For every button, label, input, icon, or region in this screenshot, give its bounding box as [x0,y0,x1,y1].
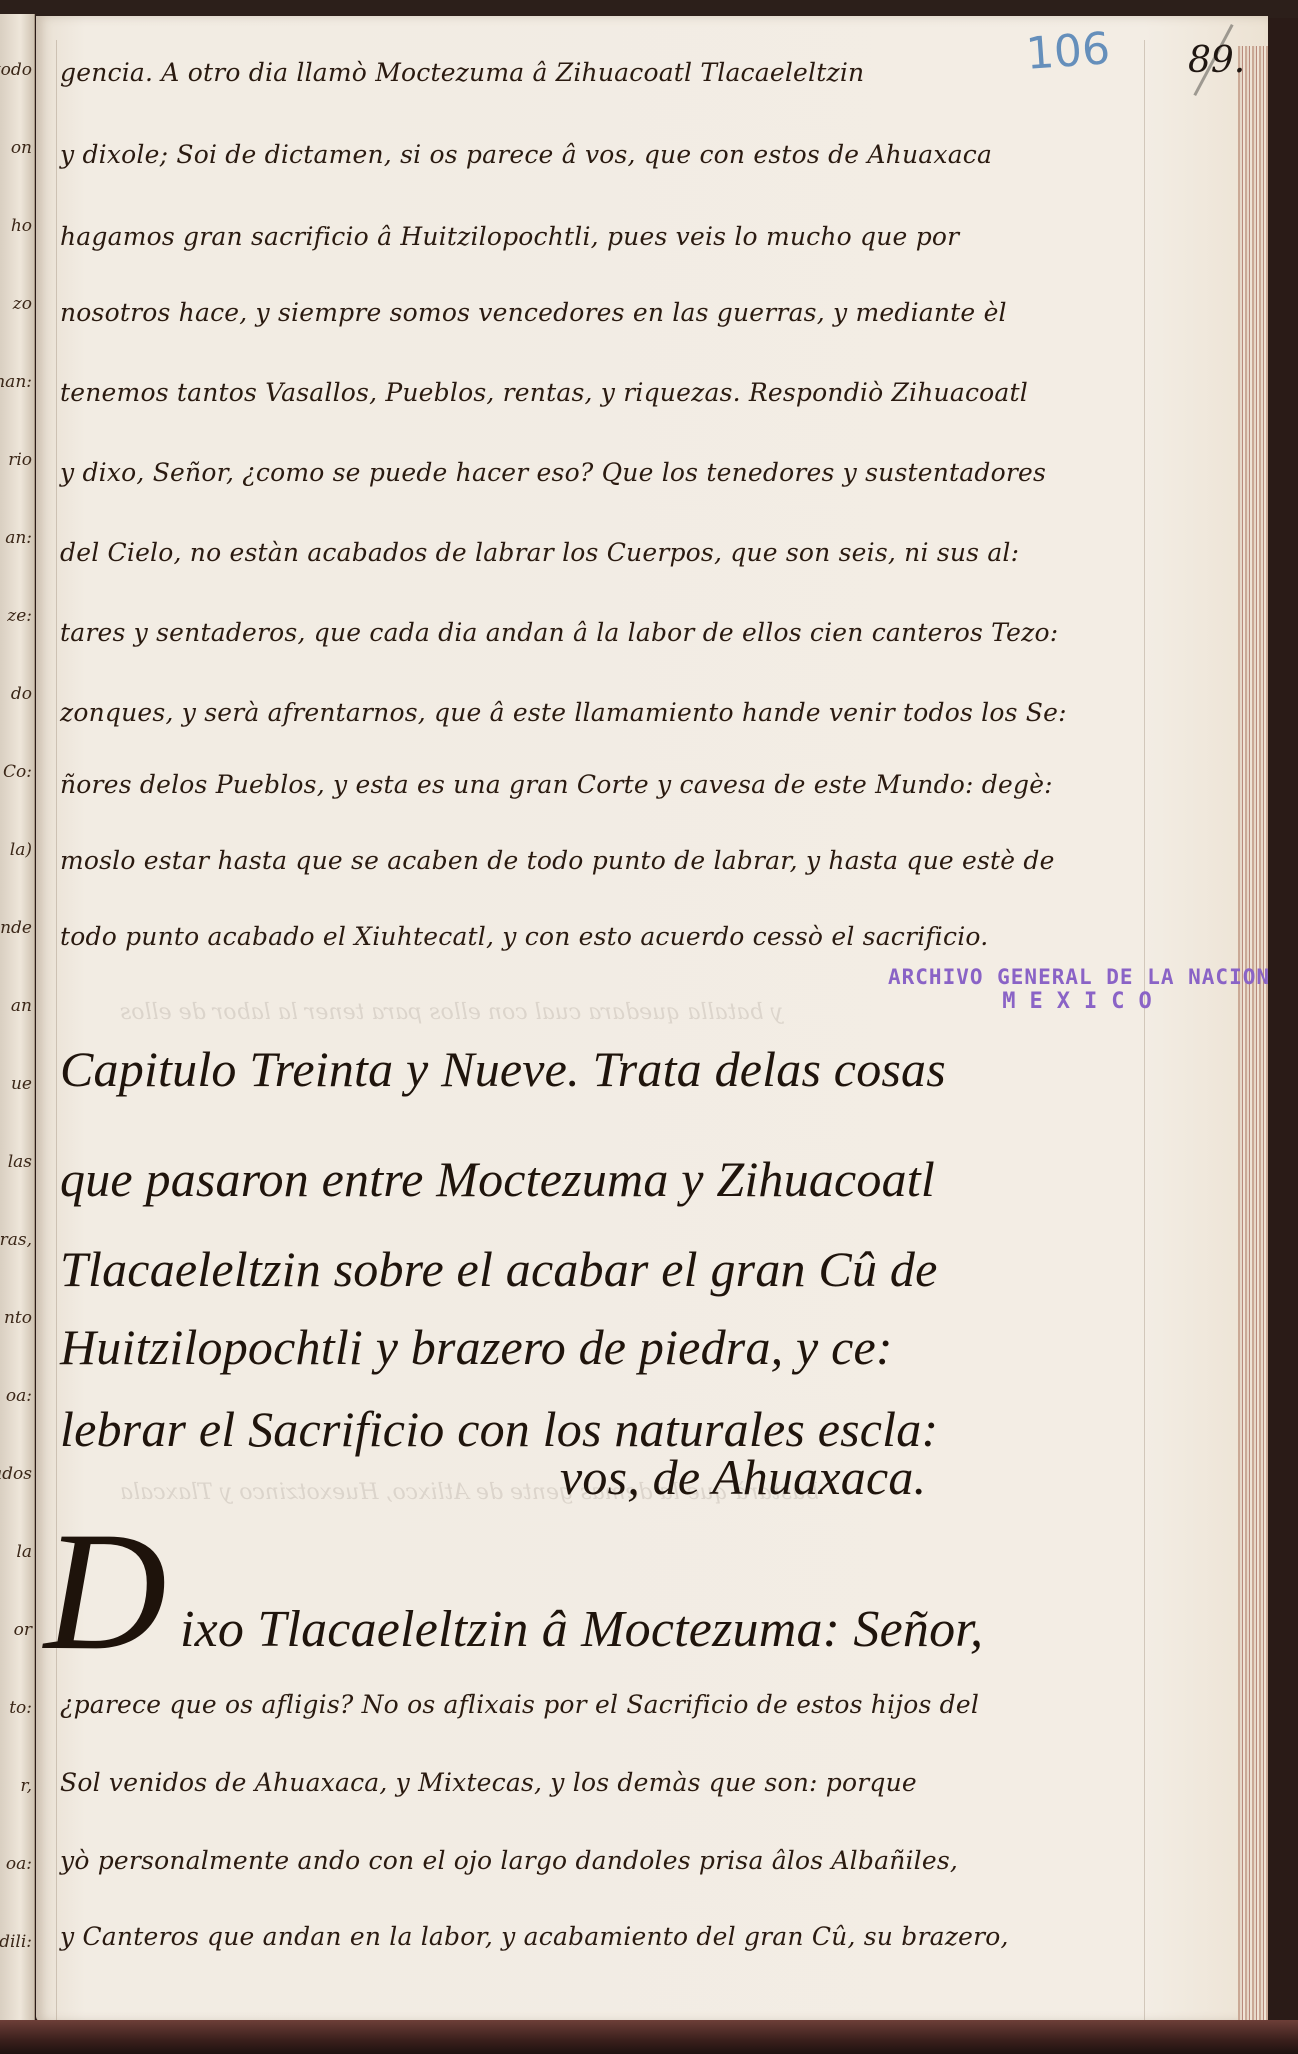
chapter-heading-line: vos, de Ahuaxaca. [560,1448,926,1506]
previous-page-fragment: oa: [6,1854,32,1874]
body-line: tares y sentaderos, que cada dia andan â… [60,618,1058,647]
body-line: ¿parece que os afligis? No os aflixais p… [60,1690,979,1719]
body-line: del Cielo, no estàn acabados de labrar l… [60,538,1019,567]
chapter-heading-line: que pasaron entre Moctezuma y Zihuacoatl [60,1150,935,1208]
bleed-through-text: y batalla quedara cual con ellos para te… [120,1000,783,1025]
body-line: y Canteros que andan en la labor, y acab… [60,1922,1009,1951]
ink-folio-number: 89. [1188,40,1245,81]
margin-rule-right [1144,40,1145,2020]
previous-page-fragment: las [8,1152,32,1172]
previous-page-fragment: ue [11,1074,32,1094]
previous-page-edge: todoonhozonan:rioan:ze:doCo:la)ndeanuela… [0,14,35,2024]
previous-page-fragment: to: [9,1698,32,1718]
previous-page-fragment: an: [5,528,32,548]
paragraph-first-line: ixo Tlacaeleltzin â Moctezuma: Señor, [180,1600,983,1659]
previous-page-fragment: nto [4,1308,32,1328]
previous-page-fragment: ados [0,1464,32,1484]
body-line: yò personalmente ando con el ojo largo d… [60,1846,958,1875]
previous-page-fragment: dili: [0,1932,32,1952]
chapter-heading-line: Capitulo Treinta y Nueve. Trata delas co… [60,1040,946,1098]
previous-page-fragment: oa: [6,1386,32,1406]
previous-page-fragment: ho [11,216,32,236]
previous-page-fragment: ras, [0,1230,32,1250]
chapter-heading-line: Huitzilopochtli y brazero de piedra, y c… [60,1318,893,1376]
archive-stamp: ARCHIVO GENERAL DE LA NACION MEXICO [888,965,1270,1014]
previous-page-fragment: la) [10,840,32,860]
previous-page-fragment: ze: [7,606,32,626]
previous-page-fragment: nan: [0,372,32,392]
open-book: todoonhozonan:rioan:ze:doCo:la)ndeanuela… [0,0,1298,2054]
body-line: Sol venidos de Ahuaxaca, y Mixtecas, y l… [60,1768,917,1797]
previous-page-fragment: or [14,1620,32,1640]
body-line: gencia. A otro dia llamò Moctezuma â Zih… [60,58,864,87]
previous-page-fragment: rio [8,450,32,470]
margin-rule-left [56,40,57,2020]
body-line: zonques, y serà afrentarnos, que â este … [60,698,1067,727]
stamp-line-2: MEXICO [898,989,1270,1014]
pencil-folio-number: 106 [1024,23,1111,80]
chapter-heading-line: Tlacaeleltzin sobre el acabar el gran Cû… [60,1240,937,1298]
body-line: tenemos tantos Vasallos, Pueblos, rentas… [60,378,1028,407]
previous-page-fragment: la [16,1542,32,1562]
body-line: todo punto acabado el Xiuhtecatl, y con … [60,922,988,951]
body-line: hagamos gran sacrificio â Huitzilopochtl… [60,222,959,251]
book-binding-bottom [0,2020,1298,2054]
body-line: ñores delos Pueblos, y esta es una gran … [60,770,1053,799]
previous-page-fragment: r, [20,1776,32,1796]
previous-page-fragment: zo [13,294,32,314]
previous-page-fragment: todo [0,60,32,80]
paragraph-drop-cap: D [44,1506,167,1676]
previous-page-fragment: on [11,138,32,158]
body-line: nosotros hace, y siempre somos vencedore… [60,298,1007,327]
previous-page-fragment: an [11,996,32,1016]
page-fore-edge [1238,46,1268,2036]
previous-page-fragment: nde [0,918,32,938]
previous-page-fragment: Co: [3,762,32,782]
stamp-line-1: ARCHIVO GENERAL DE LA NACION [888,965,1270,989]
body-line: moslo estar hasta que se acaben de todo … [60,846,1055,875]
body-line: y dixole; Soi de dictamen, si os parece … [60,140,992,169]
previous-page-fragment: do [11,684,32,704]
body-line: y dixo, Señor, ¿como se puede hacer eso?… [60,458,1046,487]
